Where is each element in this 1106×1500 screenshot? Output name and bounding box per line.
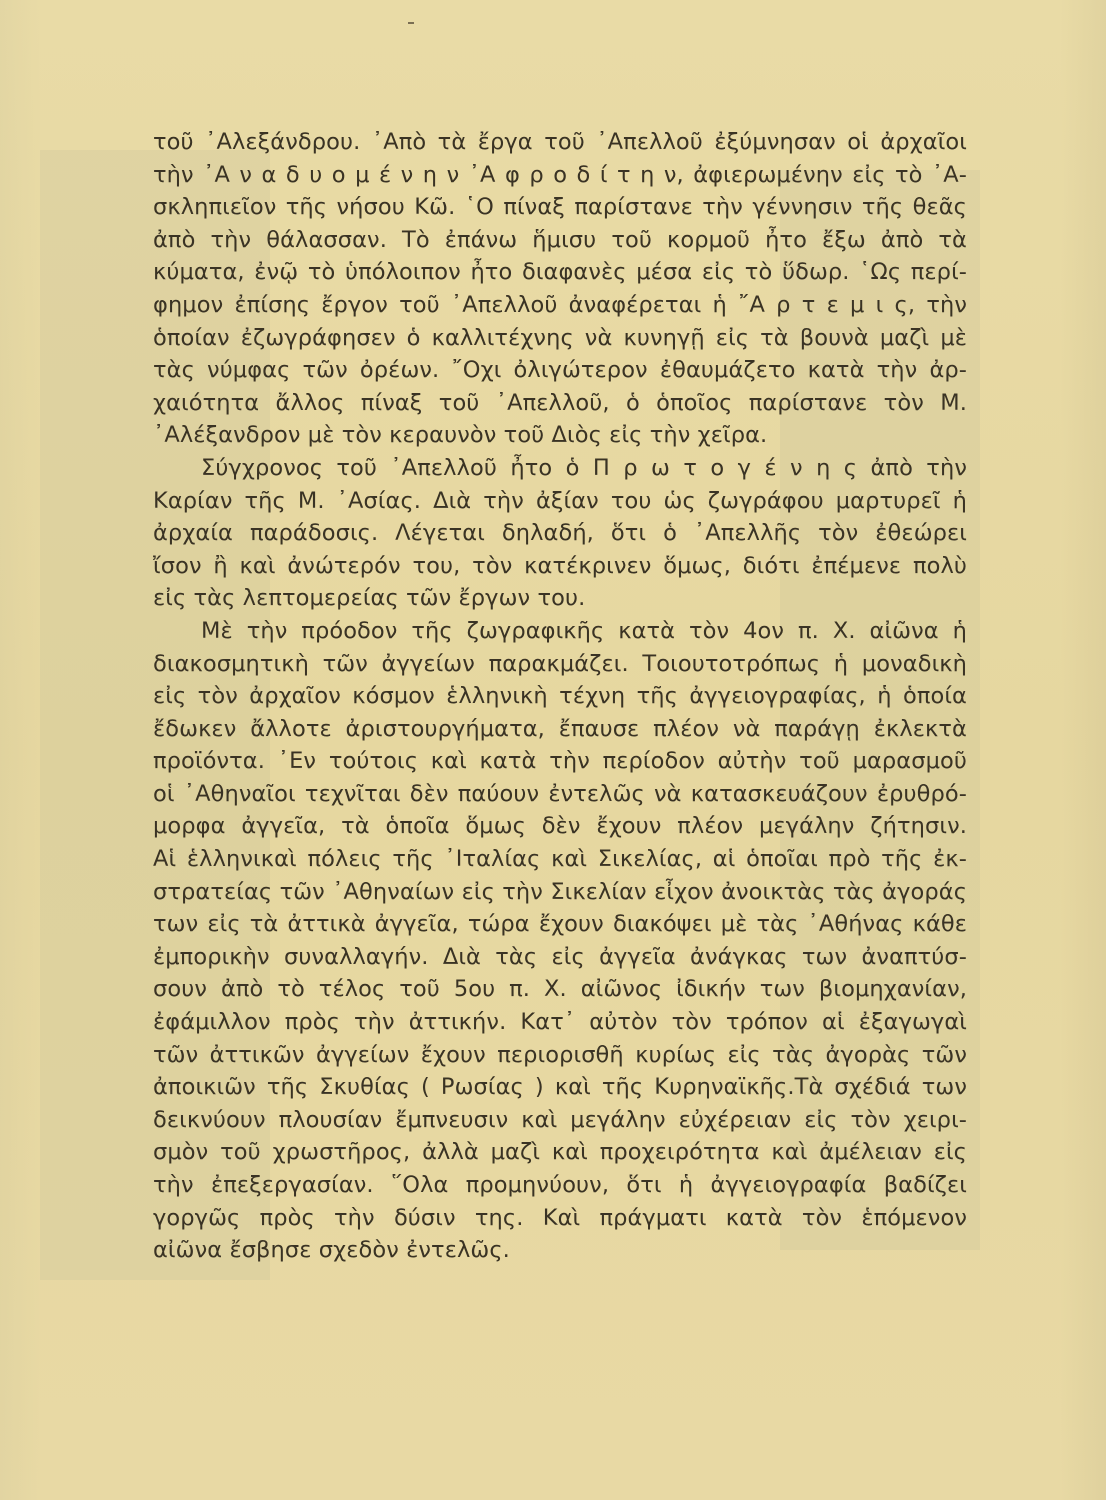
text-line: των εἰς τὰ ἀττικὰ ἀγγεῖα, τώρα ἔχουν δια… bbox=[153, 908, 967, 941]
text-line: ὁποίαν ἐζωγράφησεν ὁ καλλιτέχνης νὰ κυνη… bbox=[153, 322, 967, 355]
text-line: χαιότητα ἄλλος πίναξ τοῦ ᾿Απελλοῦ, ὁ ὁπο… bbox=[153, 387, 967, 420]
paragraph-2: Σύγχρονος τοῦ ᾿Απελλοῦ ἦτο ὁ Π ρ ω τ ο γ… bbox=[153, 452, 967, 615]
text-line: Σύγχρονος τοῦ ᾿Απελλοῦ ἦτο ὁ Π ρ ω τ ο γ… bbox=[153, 452, 967, 485]
text-line: ἀρχαία παράδοσις. Λέγεται δηλαδή, ὅτι ὁ … bbox=[153, 517, 967, 550]
text-line: σουν ἀπὸ τὸ τέλος τοῦ 5ου π. Χ. αἰῶνος ἰ… bbox=[153, 973, 967, 1006]
text-line: στρατείας τῶν ᾿Αθηναίων εἰς τὴν Σικελίαν… bbox=[153, 876, 967, 909]
text-line: οἱ ᾿Αθηναῖοι τεχνῖται δὲν παύουν ἐντελῶς… bbox=[153, 778, 967, 811]
text-line: ἐφάμιλλον πρὸς τὴν ἀττικήν. Κατ᾿ αὐτὸν τ… bbox=[153, 1006, 967, 1039]
paragraph-3: Μὲ τὴν πρόοδον τῆς ζωγραφικῆς κατὰ τὸν 4… bbox=[153, 615, 967, 1267]
text-line: εἰς τὰς λεπτομερείας τῶν ἔργων του. bbox=[153, 582, 967, 615]
text-line: ἐμπορικὴν συναλλαγήν. Διὰ τὰς εἰς ἀγγεῖα… bbox=[153, 941, 967, 974]
text-line: φημον ἐπίσης ἔργον τοῦ ᾿Απελλοῦ ἀναφέρετ… bbox=[153, 289, 967, 322]
text-line: αἰῶνα ἔσβησε σχεδὸν ἐντελῶς. bbox=[153, 1234, 967, 1267]
text-line: τοῦ ᾿Αλεξάνδρου. ᾿Απὸ τὰ ἔργα τοῦ ᾿Απελλ… bbox=[153, 126, 967, 159]
text-line: δεικνύουν πλουσίαν ἔμπνευσιν καὶ μεγάλην… bbox=[153, 1104, 967, 1137]
text-line: διακοσμητικὴ τῶν ἀγγείων παρακμάζει. Τοι… bbox=[153, 648, 967, 681]
text-line: Καρίαν τῆς Μ. ᾿Ασίας. Διὰ τὴν ἀξίαν του … bbox=[153, 485, 967, 518]
text-line: σμὸν τοῦ χρωστῆρος, ἀλλὰ μαζὶ καὶ προχει… bbox=[153, 1136, 967, 1169]
text-line: γοργῶς πρὸς τὴν δύσιν της. Καὶ πράγματι … bbox=[153, 1202, 967, 1235]
text-line: Αἱ ἑλληνικαὶ πόλεις τῆς ᾿Ιταλίας καὶ Σικ… bbox=[153, 843, 967, 876]
text-line: ἀπὸ τὴν θάλασσαν. Τὸ ἐπάνω ἥμισυ τοῦ κορ… bbox=[153, 224, 967, 257]
text-line: τὴν ἐπεξεργασίαν. ῞Ολα προμηνύουν, ὅτι ἡ… bbox=[153, 1169, 967, 1202]
text-line: ᾿Αλέξανδρον μὲ τὸν κεραυνὸν τοῦ Διὸς εἰς… bbox=[153, 419, 967, 452]
text-line: εἰς τὸν ἀρχαῖον κόσμον ἑλληνικὴ τέχνη τῆ… bbox=[153, 680, 967, 713]
text-line: ἔδωκεν ἄλλοτε ἀριστουργήματα, ἔπαυσε πλέ… bbox=[153, 713, 967, 746]
text-line: τὰς νύμφας τῶν ὀρέων. ῎Οχι ὀλιγώτερον ἐθ… bbox=[153, 354, 967, 387]
paragraph-1: τοῦ ᾿Αλεξάνδρου. ᾿Απὸ τὰ ἔργα τοῦ ᾿Απελλ… bbox=[153, 126, 967, 452]
text-line: μορφα ἀγγεῖα, τὰ ὁποῖα ὅμως δὲν ἔχουν πλ… bbox=[153, 810, 967, 843]
text-line: κύματα, ἐνῷ τὸ ὑπόλοιπον ἦτο διαφανὲς μέ… bbox=[153, 256, 967, 289]
text-line: Μὲ τὴν πρόοδον τῆς ζωγραφικῆς κατὰ τὸν 4… bbox=[153, 615, 967, 648]
text-line: τῶν ἀττικῶν ἀγγείων ἔχουν περιορισθῆ κυρ… bbox=[153, 1039, 967, 1072]
text-line: τὴν ᾿Α ν α δ υ ο μ έ ν η ν ᾿Α φ ρ ο δ ί … bbox=[153, 159, 967, 192]
text-line: προϊόντα. ᾿Εν τούτοις καὶ κατὰ τὴν περίο… bbox=[153, 745, 967, 778]
text-line: ἀποικιῶν τῆς Σκυθίας ( Ρωσίας ) καὶ τῆς … bbox=[153, 1071, 967, 1104]
document-body: τοῦ ᾿Αλεξάνδρου. ᾿Απὸ τὰ ἔργα τοῦ ᾿Απελλ… bbox=[153, 126, 967, 1267]
stray-ink-mark bbox=[408, 22, 414, 24]
text-line: ἴσον ἢ καὶ ἀνώτερόν του, τὸν κατέκρινεν … bbox=[153, 550, 967, 583]
text-line: σκληπιεῖον τῆς νήσου Κῶ. ῾Ο πίναξ παρίστ… bbox=[153, 191, 967, 224]
